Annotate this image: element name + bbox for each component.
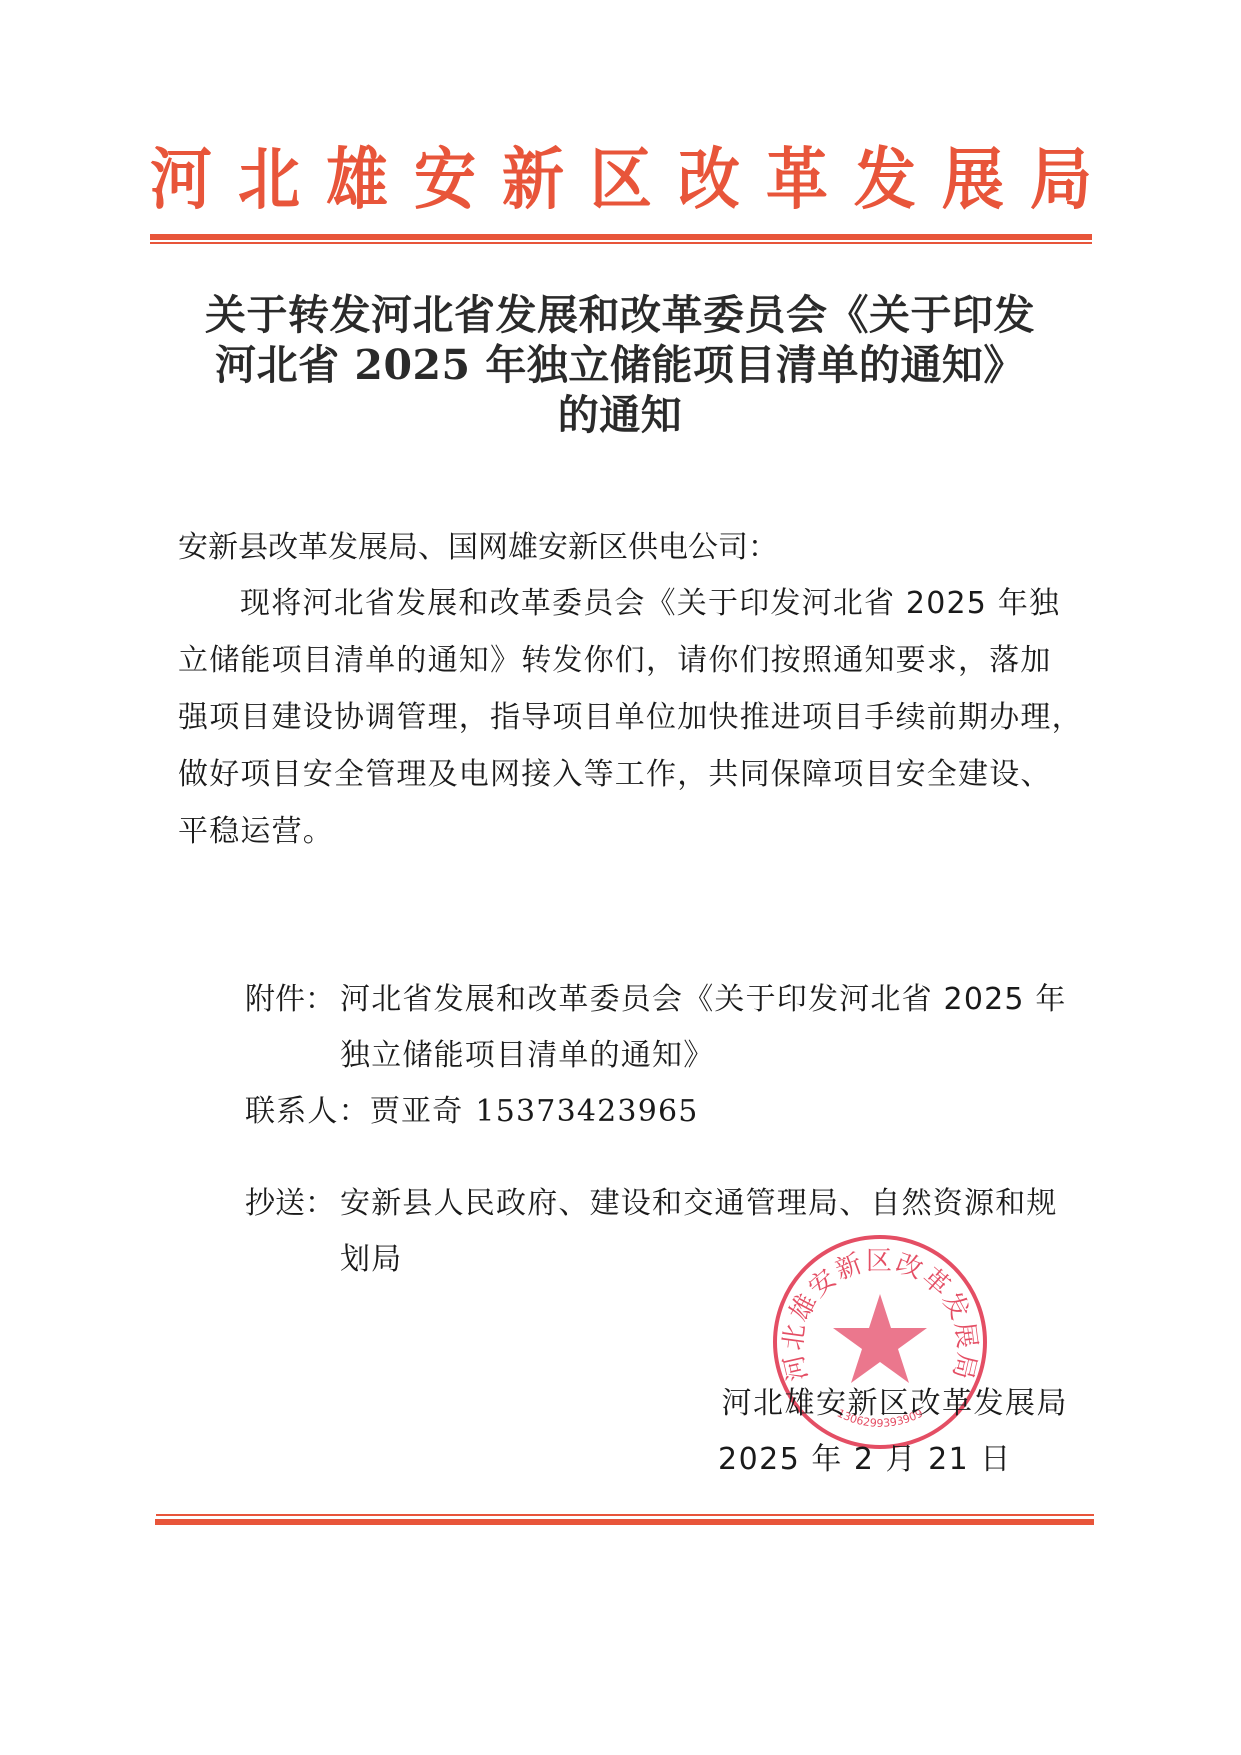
masthead-char: 发: [854, 137, 916, 223]
signature-block: 河北雄安新区改革发展局 2025 年 2 月 21 日: [718, 1376, 1068, 1488]
masthead-char: 安: [414, 137, 476, 223]
signature-date: 2025 年 2 月 21 日: [718, 1432, 1068, 1488]
attachment-label: 附件：: [245, 972, 340, 1028]
masthead-char: 河: [150, 137, 212, 223]
attachment-title-continued: 独立储能项目清单的通知》: [245, 1028, 1067, 1084]
attachment-block: 附件： 河北省发展和改革委员会《关于印发河北省 2025 年 独立储能项目清单的…: [245, 972, 1067, 1140]
masthead-char: 新: [502, 137, 564, 223]
star-icon: [833, 1294, 927, 1383]
masthead-rule-thin: [150, 242, 1092, 244]
contact-name: 贾亚奇: [370, 1084, 464, 1140]
masthead-char: 北: [238, 137, 300, 223]
masthead-char: 雄: [326, 137, 388, 223]
document-page: 河 北 雄 安 新 区 改 革 发 展 局 关于转发河北省发展和改革委员会《关于…: [0, 0, 1241, 1755]
masthead-char: 改: [678, 137, 740, 223]
masthead-char: 革: [766, 137, 828, 223]
body-line: 立储能项目清单的通知》转发你们，请你们按照通知要求，落加: [178, 632, 1088, 689]
body-line: 强项目建设协调管理，指导项目单位加快推进项目手续前期办理，: [178, 689, 1088, 746]
title-line: 河北省 2025 年独立储能项目清单的通知》: [140, 340, 1100, 390]
body-line: 现将河北省发展和改革委员会《关于印发河北省 2025 年独: [178, 575, 1088, 632]
document-title: 关于转发河北省发展和改革委员会《关于印发 河北省 2025 年独立储能项目清单的…: [140, 290, 1100, 440]
masthead-title: 河 北 雄 安 新 区 改 革 发 展 局: [150, 140, 1092, 220]
cc-label: 抄送：: [245, 1176, 340, 1232]
body-line: 做好项目安全管理及电网接入等工作，共同保障项目安全建设、: [178, 746, 1088, 803]
addressee: 安新县改革发展局、国网雄安新区供电公司：: [178, 519, 1088, 576]
footer-rule-thin: [156, 1514, 1094, 1516]
title-line: 关于转发河北省发展和改革委员会《关于印发: [140, 290, 1100, 340]
signature-organization: 河北雄安新区改革发展局: [718, 1376, 1068, 1432]
title-line: 的通知: [140, 390, 1100, 440]
cc-recipients: 安新县人民政府、建设和交通管理局、自然资源和规: [340, 1176, 1058, 1232]
masthead-rule-thick: [150, 234, 1092, 240]
masthead-char: 展: [942, 137, 1004, 223]
contact-phone: 15373423965: [475, 1084, 698, 1140]
body-paragraph: 现将河北省发展和改革委员会《关于印发河北省 2025 年独 立储能项目清单的通知…: [178, 575, 1088, 860]
body-line: 平稳运营。: [178, 803, 1088, 860]
footer-rule-thick: [155, 1519, 1094, 1525]
attachment-title: 河北省发展和改革委员会《关于印发河北省 2025 年: [340, 972, 1067, 1028]
masthead-char: 局: [1030, 137, 1092, 223]
attachment-row: 附件： 河北省发展和改革委员会《关于印发河北省 2025 年: [245, 972, 1067, 1028]
masthead-char: 区: [590, 137, 652, 223]
contact-row: 联系人： 贾亚奇 15373423965: [245, 1084, 1067, 1140]
cc-row: 抄送： 安新县人民政府、建设和交通管理局、自然资源和规: [245, 1176, 1058, 1232]
contact-label: 联系人：: [245, 1084, 370, 1140]
